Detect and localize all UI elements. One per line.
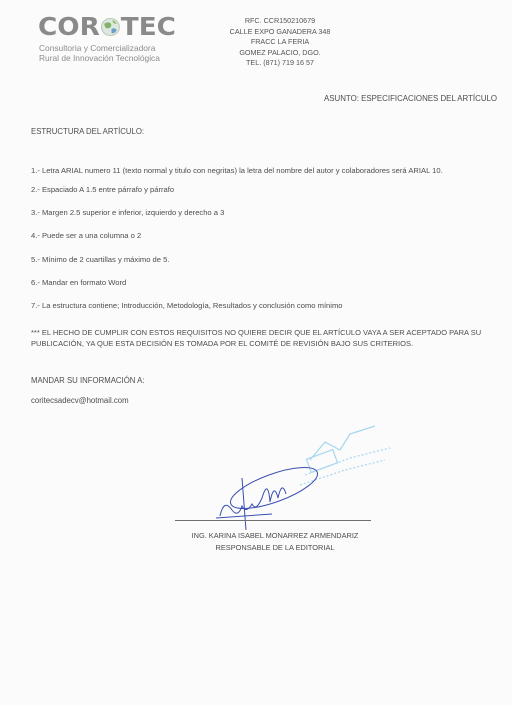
list-item: 3.- Margen 2.5 superior e inferior, izqu… <box>31 208 501 218</box>
logo-name-left: COR <box>38 12 100 41</box>
section-title: ESTRUCTURA DEL ARTÍCULO: <box>31 127 144 137</box>
signature-line <box>175 520 371 521</box>
address-rfc: RFC. CCR150210679 <box>200 16 360 27</box>
subject-line: ASUNTO: ESPECIFICACIONES DEL ARTÍCULO <box>324 94 497 104</box>
globe-icon <box>100 17 121 37</box>
address-neighborhood: FRACC LA FERIA <box>200 37 360 48</box>
address-phone: TEL. (871) 719 16 57 <box>200 58 360 69</box>
list-item: 6.- Mandar en formato Word <box>31 278 501 288</box>
send-to-label: MANDAR SU INFORMACIÓN A: <box>31 376 145 386</box>
logo-subtitle-line1: Consultoria y Comercializadora <box>39 43 155 53</box>
list-item: 4.- Puede ser a una columna o 2 <box>31 231 501 241</box>
list-item: 2.- Espaciado A 1.5 entre párrafo y párr… <box>31 185 501 195</box>
logo-name-right: TEC <box>121 12 176 41</box>
logo-subtitle-line2: Rural de Innovación Tecnológica <box>39 53 160 63</box>
list-item: 1.- Letra ARIAL numero 11 (texto normal … <box>31 165 501 176</box>
signatory-role: RESPONSABLE DE LA EDITORIAL <box>150 542 400 554</box>
company-logo: COR TEC <box>38 14 176 40</box>
list-item: 5.- Mínimo de 2 cuartillas y máximo de 5… <box>31 255 501 265</box>
signatory: ING. KARINA ISABEL MONARREZ ARMENDARIZ R… <box>150 530 400 554</box>
contact-email[interactable]: coritecsadecv@hotmail.com <box>31 396 129 406</box>
address-street: CALLE EXPO GANADERA 348 <box>200 27 360 38</box>
requirements-list: 1.- Letra ARIAL numero 11 (texto normal … <box>31 165 501 324</box>
list-item: 7.- La estructura contiene; Introducción… <box>31 301 501 311</box>
disclaimer-notice: *** EL HECHO DE CUMPLIR CON ESTOS REQUIS… <box>31 327 501 349</box>
signatory-name: ING. KARINA ISABEL MONARREZ ARMENDARIZ <box>150 530 400 542</box>
address-city: GOMEZ PALACIO, DGO. <box>200 48 360 59</box>
company-address: RFC. CCR150210679 CALLE EXPO GANADERA 34… <box>200 16 360 69</box>
